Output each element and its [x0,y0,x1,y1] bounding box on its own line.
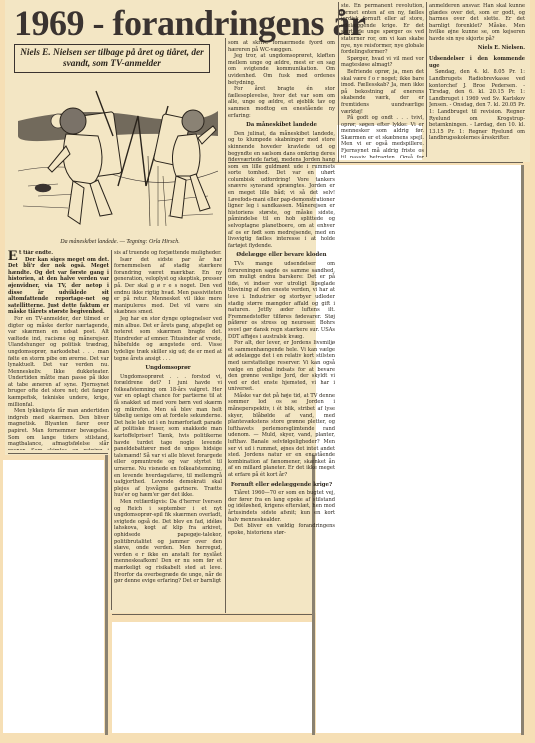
subheading: Fornuft eller ødelæggende krige? [228,482,335,489]
paragraph: Tiåret 1960—70 er som en bugtet vej, der… [228,490,335,523]
blank-area-center-bottom [112,622,312,733]
paragraph: Det bliver en vældig forandringens epoke… [228,523,335,536]
paragraph: Måske var det på høje tid, at TV denne s… [228,393,335,479]
paragraph: som at skrive fornærmede fyord om hærere… [228,40,335,53]
paragraph: anmelderen ansvar. Han skal kunne glædes… [429,3,525,43]
article-column-1: Et tiår endte. Der kan siges meget om de… [8,250,109,450]
paragraph: På godt og ondt . . . tvivl, oprør, søge… [341,115,424,158]
paragraph: Jeg har en stor dynge optegnelser ved mi… [114,316,222,362]
paragraph: TVs mange udsendelser om forureningen sa… [228,261,335,340]
page-edge-shadow [105,455,108,735]
column-divider [225,38,226,613]
paragraph: Især det sidste par år har fornemmelsen … [114,257,222,316]
astronauts-on-moon-illustration [18,76,218,236]
paragraph: Spørger, hvad vi vil med vor magtesløse … [341,56,424,69]
illustration-caption: Da måneskibet landede. — Tegning: Orla H… [20,239,220,245]
paragraph: Den julinat, da måneskibet landede, og t… [228,131,335,250]
column-divider [426,2,427,157]
article-column-4: ste. En permanent revolution, formet ent… [341,3,424,158]
bottom-rule [112,614,312,615]
paragraph: Der kan siges meget om det. Det bli'r de… [8,257,109,316]
paragraph: For alt, der lever, er Jordens livsmiljø… [228,340,335,393]
paragraph: ste. En permanent revolution, formet ent… [341,3,424,56]
broadcast-schedule: Søndag, den 4. kl. 8.05 Pr. 1: Landbruge… [429,69,525,142]
subheading: Da måneskibet landede [228,122,335,129]
page-edge-shadow [521,165,524,735]
paragraph: Men retfærdigvis: Da d'herrer Iversen og… [114,499,222,585]
paragraph: Befriende oprør, ja, men det skal være f… [341,69,424,115]
paragraph: Jeg tror, at ungdomsoprøret, kløften mel… [228,53,335,86]
article-column-5: anmelderen ansvar. Han skal kunne glædes… [429,3,525,158]
headline: 1969 - forandringens år [14,2,366,44]
blank-area-left-bottom [3,460,104,733]
author-signature: Niels E. Nielsen. [429,45,525,52]
article-column-2: sis af truende og forjættende muligheder… [114,250,222,612]
subheading: Ungdomsoprør [114,365,222,372]
paragraph: For året bragte én stor fællesoplevelse,… [228,86,335,119]
paragraph: For en TV-anmelder, der tilmed er digter… [8,316,109,408]
drop-cap: E [8,250,18,262]
article-column-3: som at skrive fornærmede fyord om hærere… [228,40,335,612]
intro-box: Niels E. Nielsen ser tilbage på året og … [14,44,210,73]
column-divider [111,250,112,610]
paragraph: Ungdomsoprøret . . . forstod vi, forældr… [114,374,222,499]
paragraph: Men lykkeligvis får man andertiden indgr… [8,408,109,450]
blank-area-right [316,165,521,733]
schedule-heading: Udsendelser i den kommende uge [429,56,525,69]
paragraph: sis af truende og forjættende muligheder… [114,250,222,257]
bottom-rule [8,453,108,454]
lead-text: t tiår endte. [19,250,53,256]
subheading: Ødelægge eller bevare kloden [228,252,335,259]
column-divider [338,2,339,162]
